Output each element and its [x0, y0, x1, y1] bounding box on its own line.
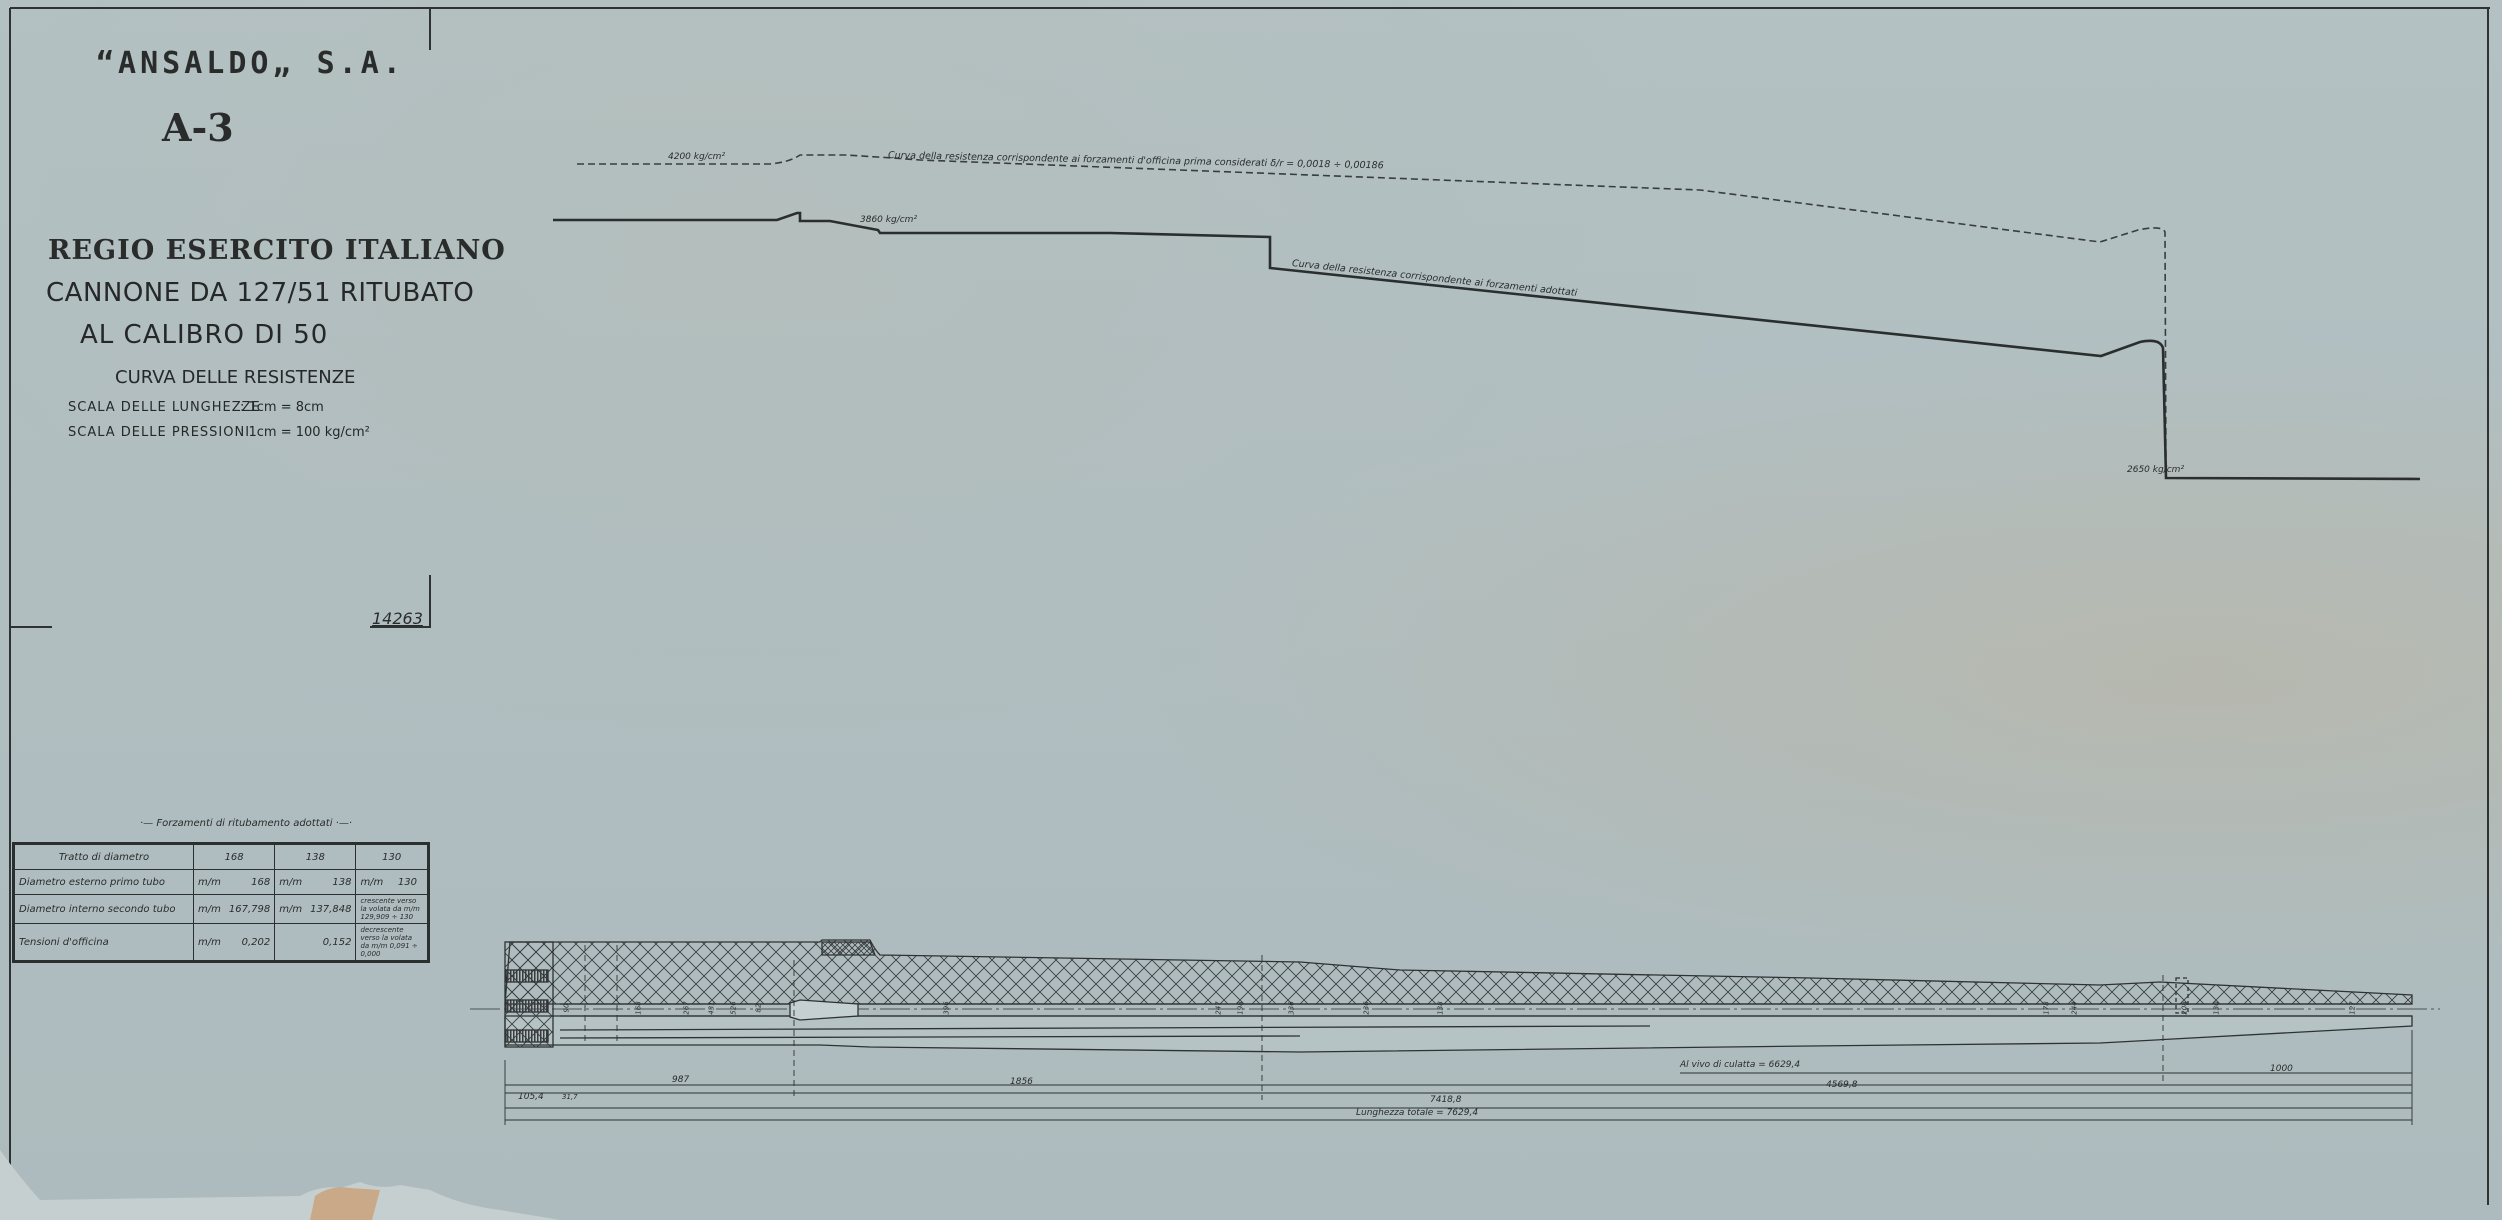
row-label: Diametro esterno primo tubo: [14, 870, 194, 895]
dim-vertical: 127: [2349, 1001, 2357, 1014]
table-row: Diametro esterno primo tubo m/m 168 m/m …: [14, 870, 429, 895]
dim-vertical: 198: [1237, 1001, 1245, 1014]
dim-1000: 1000: [2270, 1064, 2293, 1074]
cell-value: 167,798: [225, 895, 275, 924]
dim-vertical: 526: [730, 1001, 738, 1014]
scale-pressures-label: SCALA DELLE PRESSIONI: [68, 425, 250, 440]
dim-vertical: 396: [943, 1001, 951, 1014]
dim-vertical: 431: [708, 1001, 716, 1014]
dim-1856: 1856: [1010, 1077, 1033, 1087]
solid-curve-value: 3860 kg/cm²: [860, 215, 917, 225]
drawing-number: 14263: [372, 609, 423, 628]
cell-unit: m/m: [194, 895, 225, 924]
dim-vertical: 130: [2213, 1001, 2221, 1014]
scale-lengths-label: SCALA DELLE LUNGHEZZE: [68, 400, 261, 415]
army-title: REGIO ESERCITO ITALIANO: [48, 235, 506, 266]
header-tratto: Tratto di diametro: [14, 844, 194, 870]
company-name: “ANSALDO„ S.A.: [96, 46, 405, 81]
dim-vivo-culatta: Al vivo di culatta = 6629,4: [1680, 1060, 1800, 1070]
table-row: Tensioni d'officina m/m 0,202 0,152 decr…: [14, 924, 429, 962]
solid-resistance-curve: [553, 213, 2420, 479]
table-row: Diametro interno secondo tubo m/m 167,79…: [14, 895, 429, 924]
dim-7418: 7418,8: [1430, 1095, 1462, 1105]
dim-vertical: 138: [1437, 1001, 1445, 1014]
dim-vertical: 247: [1215, 1001, 1223, 1014]
cell-note: crescente verso la volata da m/m 129,909…: [356, 895, 429, 924]
scale-lengths-value: : 1cm = 8cm: [240, 400, 324, 415]
scale-pressures-value: : 1cm = 100 kg/cm²: [240, 425, 370, 440]
row-label: Diametro interno secondo tubo: [14, 895, 194, 924]
dim-987: 987: [672, 1075, 689, 1085]
cell-note: decrescente verso la volata da m/m 0,091…: [356, 924, 429, 962]
table-header-row: Tratto di diametro 168 138 130: [14, 844, 429, 870]
header-138: 138: [275, 844, 356, 870]
sheet-code: A-3: [162, 105, 234, 150]
dim-vertical: 336: [1288, 1001, 1296, 1014]
cell-value: 168: [225, 870, 275, 895]
cell-unit: m/m: [275, 895, 306, 924]
dim-105: 105,4: [518, 1092, 544, 1102]
header-130: 130: [356, 844, 429, 870]
cell-value: 0,152: [306, 924, 356, 962]
dim-vertical: 90: [562, 1004, 570, 1013]
subtitle: CURVA DELLE RESISTENZE: [115, 367, 355, 388]
dim-31: 31,7: [562, 1093, 578, 1101]
cell-value: 138: [306, 870, 356, 895]
dim-vertical: 244: [2071, 1001, 2079, 1014]
forzamenti-table: Tratto di diametro 168 138 130 Diametro …: [12, 842, 430, 963]
dim-total-length: Lunghezza totale = 7629,4: [1356, 1108, 1478, 1118]
cell-value: 137,848: [306, 895, 356, 924]
muzzle-value: 2650 kg/cm²: [2127, 465, 2184, 475]
cell-value: 130: [394, 870, 429, 895]
header-168: 168: [194, 844, 275, 870]
cell-unit: m/m: [194, 924, 225, 962]
dim-vertical: 267: [683, 1001, 691, 1014]
dim-vertical: 208: [2181, 1001, 2189, 1014]
dim-vertical: 236: [1363, 1001, 1371, 1014]
dim-vertical: 82: [754, 1004, 762, 1013]
dashed-curve-value: 4200 kg/cm²: [668, 152, 725, 162]
cell-unit: m/m: [194, 870, 225, 895]
dim-vertical: 178: [2043, 1001, 2051, 1014]
table-caption: ·— Forzamenti di ritubamento adottati ·—…: [140, 818, 352, 829]
cell-value: 0,202: [225, 924, 275, 962]
title-line-1: CANNONE DA 127/51 RITUBATO: [46, 278, 474, 308]
cell-unit: [275, 924, 306, 962]
dashed-resistance-curve: [577, 155, 2166, 470]
row-label: Tensioni d'officina: [14, 924, 194, 962]
cell-unit: m/m: [275, 870, 306, 895]
title-line-2: AL CALIBRO DI 50: [80, 320, 328, 350]
cell-unit: m/m: [356, 870, 394, 895]
resistance-chart: [553, 155, 2420, 479]
dim-vertical: 168: [635, 1001, 643, 1014]
dim-4569: 4569,8: [1826, 1080, 1858, 1090]
torn-edge: [0, 1150, 560, 1220]
